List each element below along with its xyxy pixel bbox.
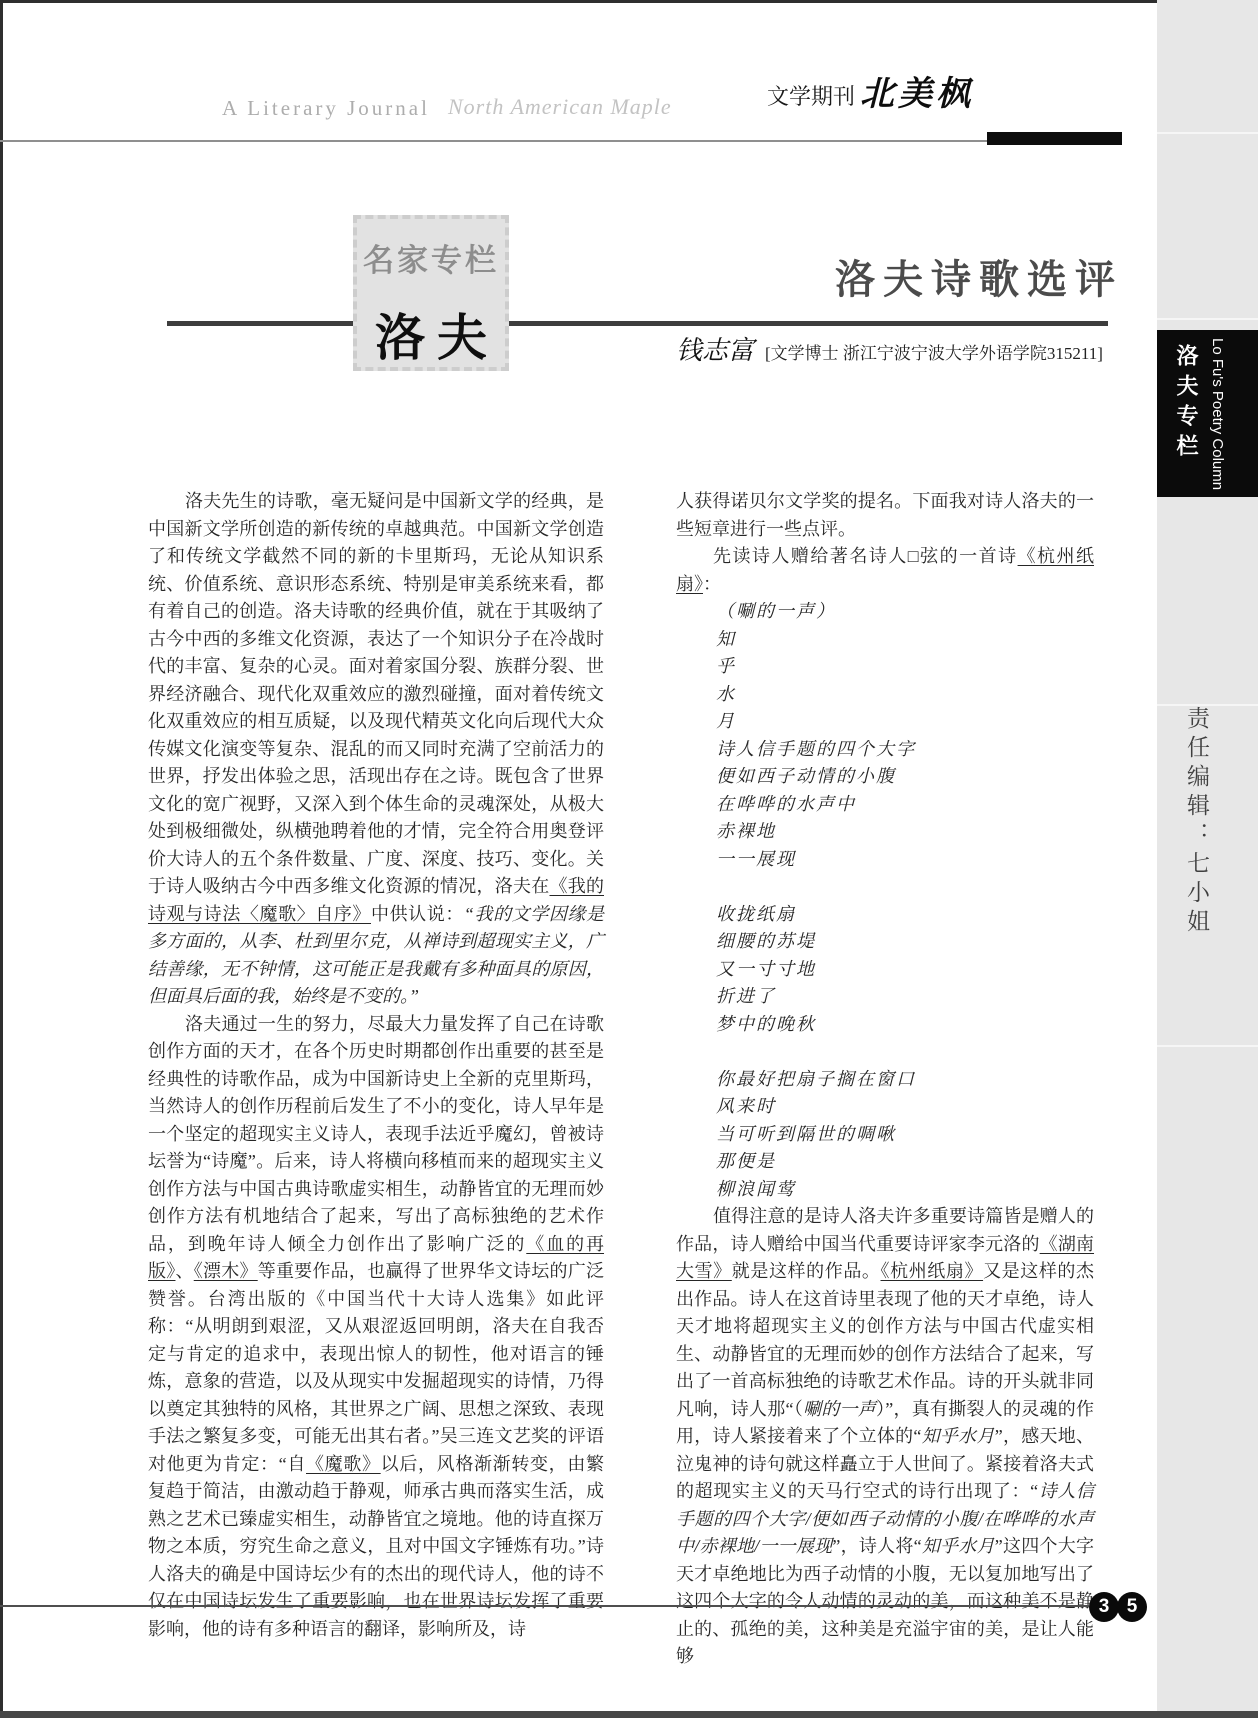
paragraph: 先读诗人赠给著名诗人□弦的一首诗《杭州纸扇》：: [676, 543, 1094, 598]
poem-line: 又一寸寸地: [716, 956, 1094, 984]
page-border-left: [0, 0, 3, 1715]
poem-line: 一一展现: [716, 846, 1094, 874]
text-segment: ：: [703, 574, 721, 594]
poem-line: 你最好把扇子搁在窗口: [716, 1066, 1094, 1094]
poem-line: （唰的一声）: [716, 598, 1094, 626]
author-affiliation: [文学博士 浙江宁波宁波大学外语学院315211]: [765, 344, 1103, 363]
header-rule: [0, 140, 987, 142]
page-number-first-digit: 3: [1089, 1592, 1119, 1622]
poem: （唰的一声）知乎水月诗人信手题的四个大字便如西子动情的小腹在哗哗的水声中赤裸地一…: [716, 598, 1094, 1203]
poem-line: 乎: [716, 653, 1094, 681]
text-segment: 中供认说：: [371, 904, 464, 924]
journal-name-cn: 北美枫: [860, 66, 974, 115]
header-rule-accent: [987, 132, 1122, 145]
sidebar-column-title-cn: 洛夫专栏: [1171, 344, 1202, 464]
column-box-label: 名家专栏: [357, 235, 505, 280]
body-left-column: 洛夫先生的诗歌，毫无疑问是中国新文学的经典，是中国新文学所创造的新传统的卓越典范…: [148, 488, 604, 1643]
article-title: 洛夫诗歌选评: [835, 248, 1123, 305]
text-segment: 就是这样的作品。: [732, 1261, 881, 1281]
footer-rule: [0, 1605, 1089, 1607]
editor-note: 责任编辑：七小姐: [1180, 706, 1213, 938]
poem-line: 便如西子动情的小腹: [716, 763, 1094, 791]
poem-line: 那便是: [716, 1148, 1094, 1176]
poem-line: 梦中的晚秋: [716, 1011, 1094, 1039]
text-segment: 等重要作品，也赢得了世界华文诗坛的广泛赞誉。台湾出版的《中国当代十大诗人选集》如…: [148, 1261, 604, 1474]
paragraph: 洛夫先生的诗歌，毫无疑问是中国新文学的经典，是中国新文学所创造的新传统的卓越典范…: [148, 488, 604, 1011]
author-line: 钱志富 [文学博士 浙江宁波宁波大学外语学院315211]: [676, 330, 1103, 367]
text-segment: 、: [175, 1261, 193, 1281]
text-segment: 《漂木》: [194, 1261, 258, 1281]
column-box: 名家专栏 洛夫: [353, 215, 509, 371]
poem-line: 在哗哗的水声中: [716, 791, 1094, 819]
sidebar-column-banner: 洛夫专栏 Lo Fu's Poetry Column: [1157, 330, 1258, 497]
page-bottom-bar: [0, 1711, 1258, 1718]
poem-line: 诗人信手题的四个大字: [716, 736, 1094, 764]
author-name: 钱志富: [676, 336, 754, 365]
text-segment: 洛夫先生的诗歌，毫无疑问是中国新文学的经典，是中国新文学所创造的新传统的卓越典范…: [148, 491, 604, 896]
paragraph: 值得注意的是诗人洛夫许多重要诗篇皆是赠人的作品，诗人赠给中国当代重要诗评家李元洛…: [676, 1203, 1094, 1671]
text-segment: 知乎水月: [922, 1536, 995, 1556]
sidebar-column-title-en: Lo Fu's Poetry Column: [1209, 338, 1226, 490]
poem-line: 当可听到隔世的啁啾: [716, 1121, 1094, 1149]
paragraph: 人获得诺贝尔文学奖的提名。下面我对诗人洛夫的一些短章进行一些点评。: [676, 488, 1094, 543]
body-right-column: 人获得诺贝尔文学奖的提名。下面我对诗人洛夫的一些短章进行一些点评。 先读诗人赠给…: [676, 488, 1094, 1671]
poem-line: 收拢纸扇: [716, 901, 1094, 929]
section-rule: [167, 321, 1108, 326]
strip-divider: [1157, 1045, 1258, 1047]
text-segment: 洛夫通过一生的努力，尽最大力量发挥了自己在诗歌创作方面的天才，在各个历史时期都创…: [148, 1014, 604, 1254]
text-segment: 值得注意的是诗人洛夫许多重要诗篇皆是赠人的作品，诗人赠给中国当代重要诗评家李元洛…: [676, 1206, 1094, 1254]
journal-category-cn: 文学期刊: [767, 80, 855, 111]
poem-line: 风来时: [716, 1093, 1094, 1121]
page-number-second-digit: 5: [1117, 1592, 1147, 1622]
journal-page: A Literary Journal North American Maple …: [0, 0, 1258, 1718]
poem-line: 赤裸地: [716, 818, 1094, 846]
poem-line: 水: [716, 681, 1094, 709]
journal-name-script: North American Maple: [448, 94, 672, 120]
poem-line: [716, 1038, 1094, 1066]
text-segment: 又是这样的杰出作品。诗人在这首诗里表现了他的天才卓绝，诗人天才地将超现实主义的创…: [676, 1261, 1094, 1419]
poem-line: [716, 873, 1094, 901]
page-border-top: [0, 0, 1157, 3]
text-segment: ”，诗人将“: [832, 1536, 921, 1556]
text-segment: 知乎水月: [921, 1426, 994, 1446]
poem-line: 知: [716, 626, 1094, 654]
text-segment: 先读诗人赠给著名诗人□弦的一首诗: [713, 546, 1018, 566]
text-segment: 以后，风格渐渐转变，由繁复趋于简洁，由激动趋于静观，师承古典而落实生活，成熟之艺…: [148, 1454, 604, 1639]
poem-line: 月: [716, 708, 1094, 736]
text-segment: 《杭州纸扇》: [881, 1261, 984, 1281]
strip-divider: [1157, 132, 1258, 134]
journal-subtitle-en: A Literary Journal: [222, 96, 430, 121]
paragraph: 洛夫通过一生的努力，尽最大力量发挥了自己在诗歌创作方面的天才，在各个历史时期都创…: [148, 1011, 604, 1644]
text-segment: 《魔歌》: [306, 1454, 381, 1474]
text-segment: 人获得诺贝尔文学奖的提名。下面我对诗人洛夫的一些短章进行一些点评。: [676, 491, 1094, 539]
poem-line: 细腰的苏堤: [716, 928, 1094, 956]
poem-line: 柳浪闻莺: [716, 1176, 1094, 1204]
text-segment: 唰的一声: [803, 1399, 876, 1419]
strip-divider: [1157, 318, 1258, 320]
column-box-name: 洛夫: [357, 298, 505, 370]
poem-line: 折进了: [716, 983, 1094, 1011]
